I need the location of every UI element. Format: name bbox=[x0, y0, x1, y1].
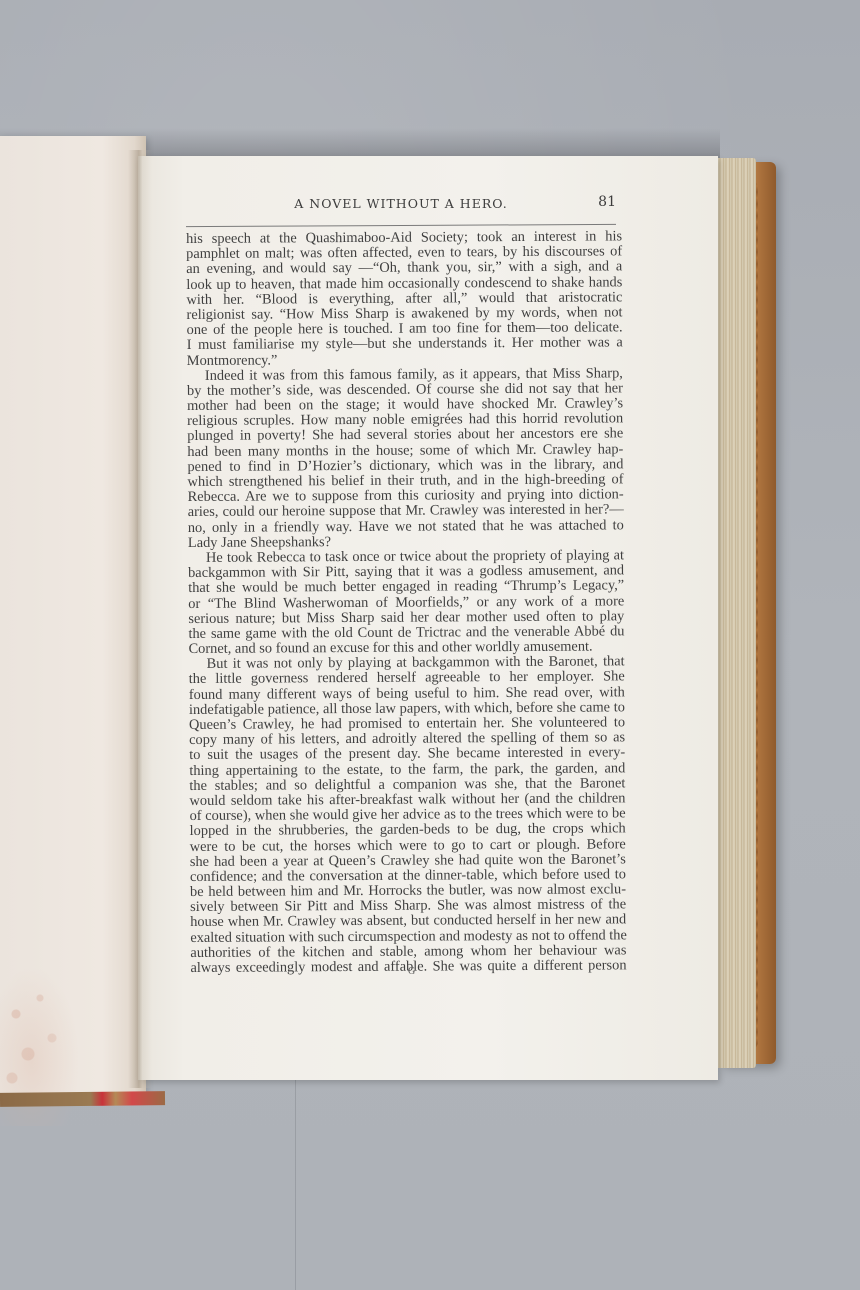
page-number: 81 bbox=[598, 194, 616, 210]
left-page bbox=[0, 136, 146, 1098]
book-gutter bbox=[128, 150, 152, 1088]
cover-edge-bottom-left bbox=[0, 1091, 165, 1107]
text-line: no, only in a friendly way. Have we not … bbox=[188, 518, 624, 536]
running-head: A NOVEL WITHOUT A HERO. 81 bbox=[186, 196, 616, 216]
running-title: A NOVEL WITHOUT A HERO. bbox=[186, 196, 616, 211]
signature-mark: G bbox=[408, 966, 415, 977]
body-text: his speech at the Quashimaboo-Aid Societ… bbox=[186, 229, 627, 976]
text-line: I must familiarise my style—but she unde… bbox=[187, 336, 623, 354]
surface-seam bbox=[295, 1080, 296, 1290]
